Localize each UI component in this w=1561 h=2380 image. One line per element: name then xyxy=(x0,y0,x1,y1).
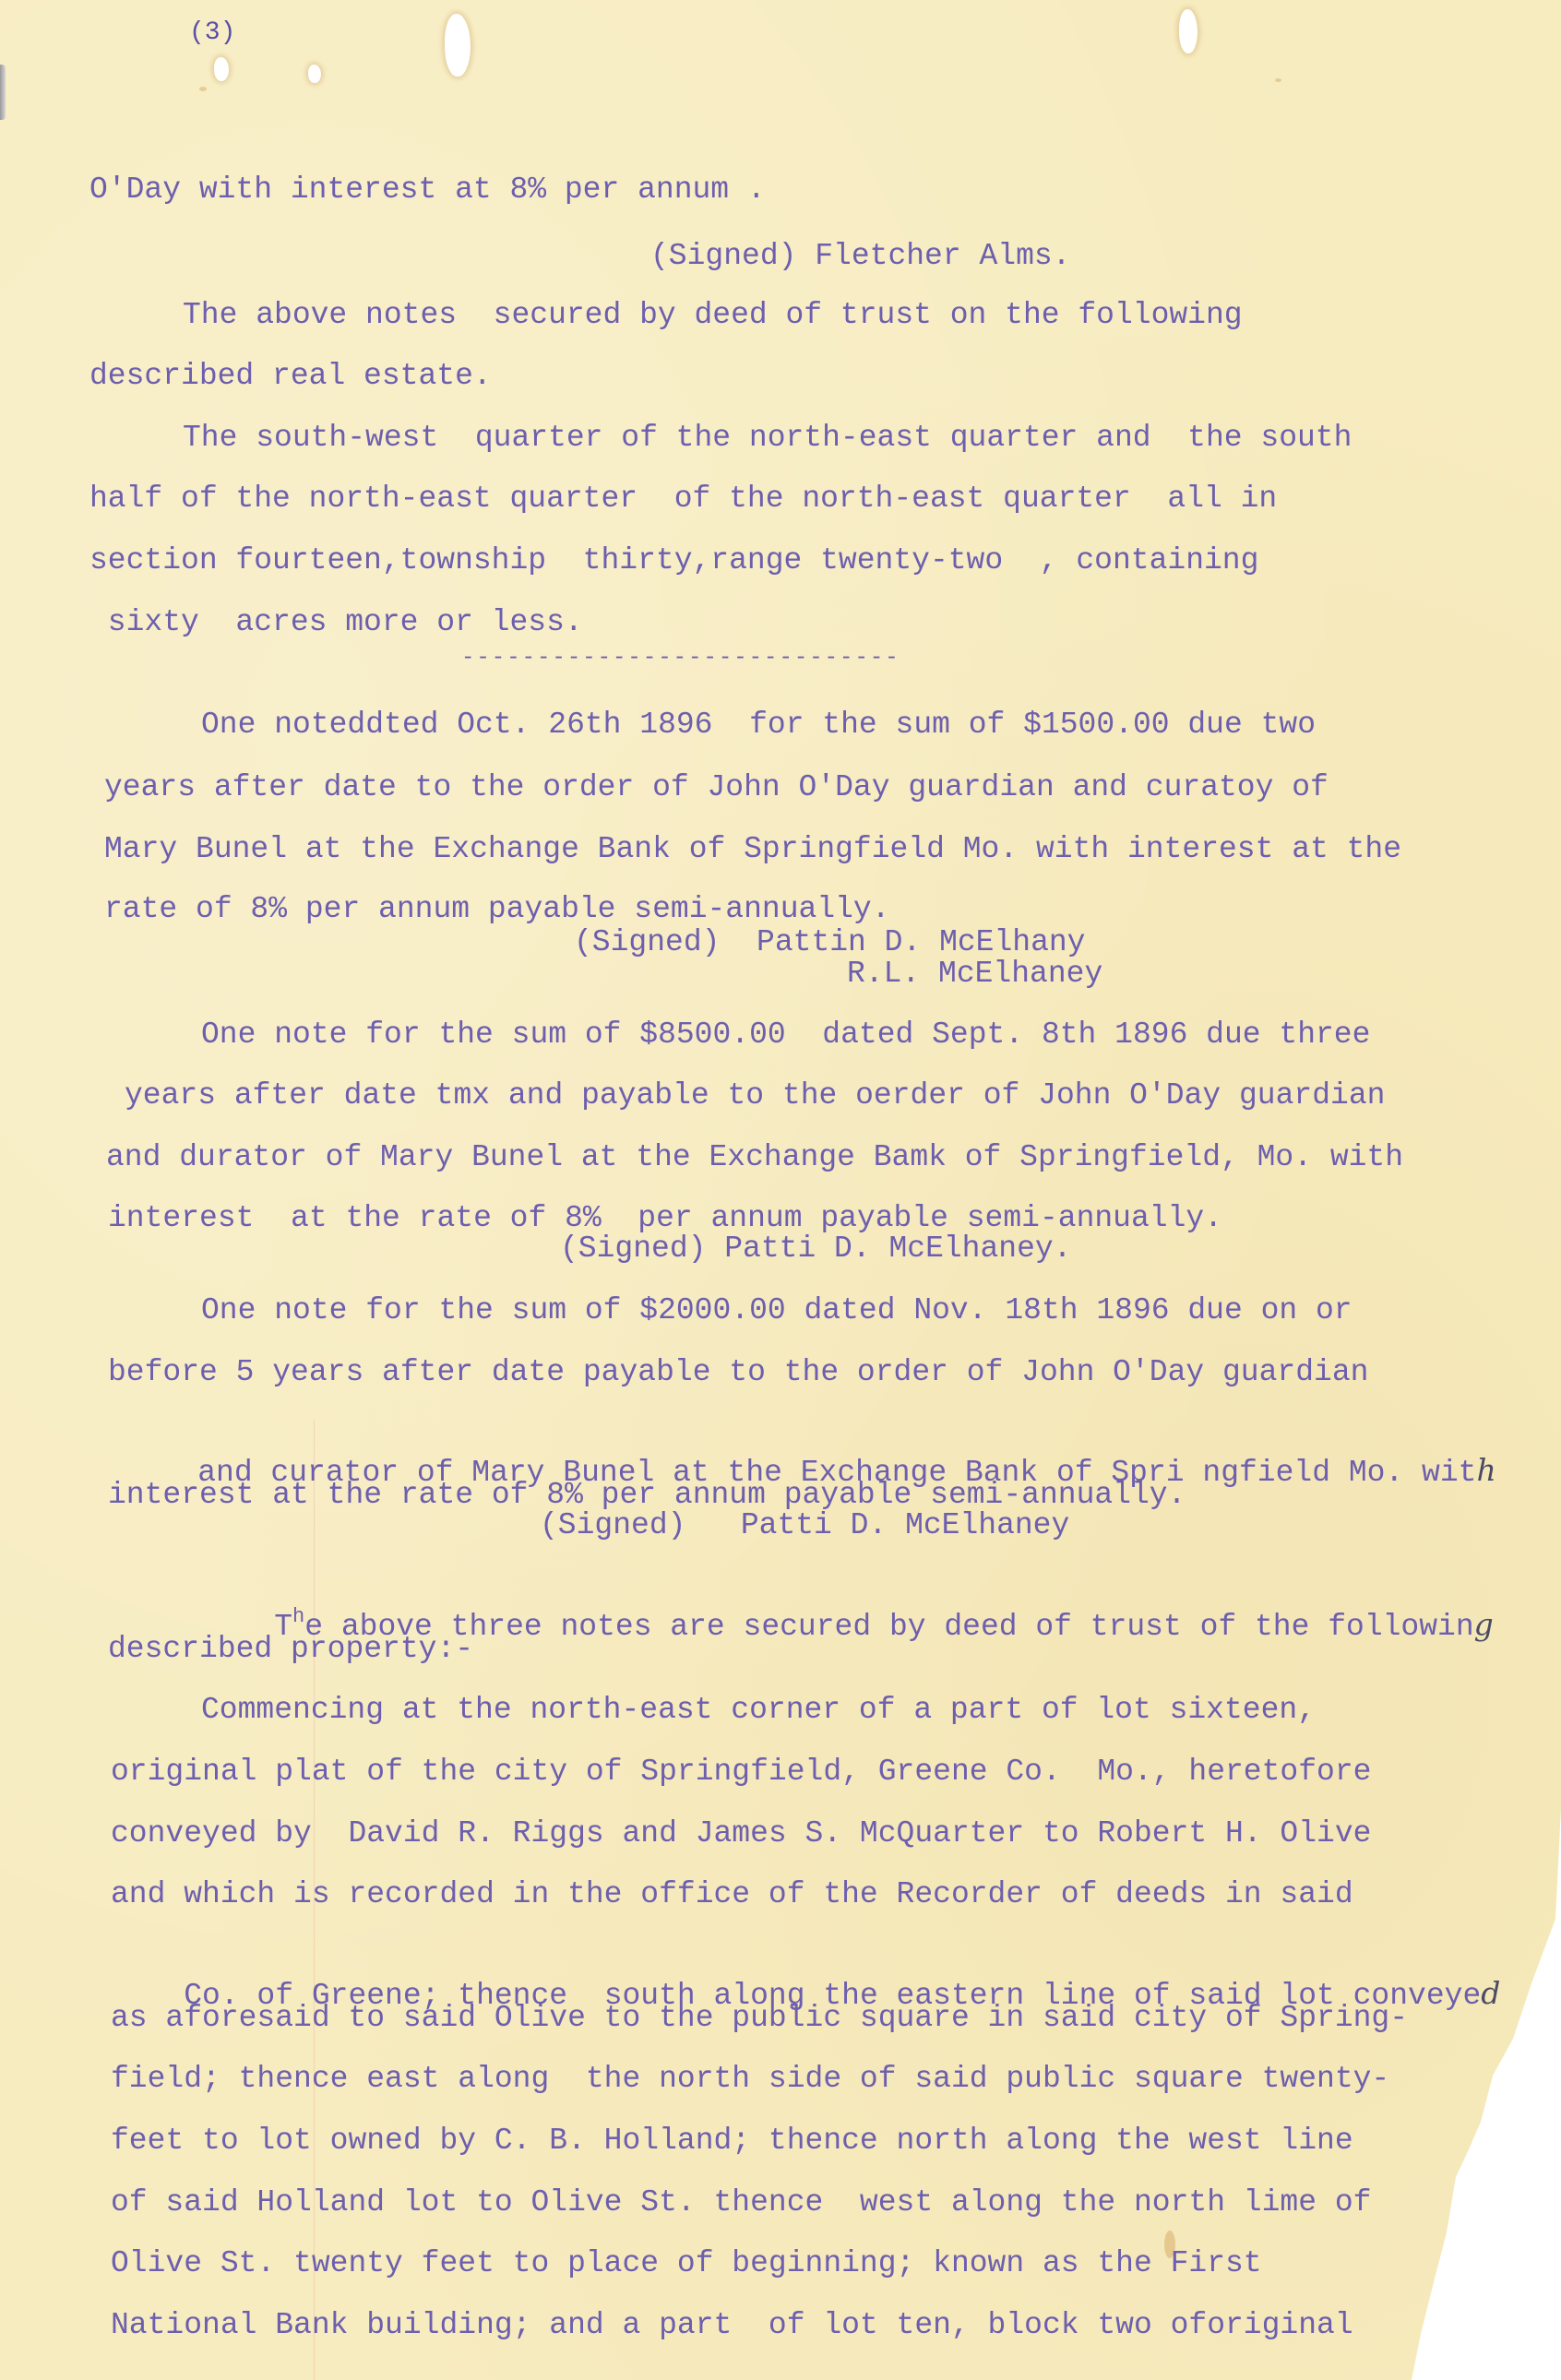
superscript-correction: h xyxy=(292,1605,304,1628)
text-line: original plat of the city of Springfield… xyxy=(111,1754,1371,1791)
paper-hole xyxy=(308,65,321,83)
text-line: feet to lot owned by C. B. Holland; then… xyxy=(111,2123,1353,2160)
text-line-with-correction: The above three notes are secured by dee… xyxy=(201,1569,1494,1685)
text-line: field; thence east along the north side … xyxy=(111,2061,1389,2098)
text-line: half of the north-east quarter of the no… xyxy=(89,481,1277,518)
text-line: years after date tmx and payable to the … xyxy=(125,1077,1385,1114)
handwritten-correction: d xyxy=(1481,1975,1500,2011)
paper-hole xyxy=(445,14,471,77)
text-line: The south-west quarter of the north-east… xyxy=(183,420,1352,457)
text-line: One noteddted Oct. 26th 1896 for the sum… xyxy=(201,707,1316,744)
text-line: Mary Bunel at the Exchange Bank of Sprin… xyxy=(104,831,1401,868)
separator-line: ----------------------------- xyxy=(461,646,900,671)
paper-stain xyxy=(1275,78,1281,82)
paper-hole xyxy=(214,57,229,81)
text-line: sixty acres more or less. xyxy=(89,604,583,641)
text-line: as aforesaid to said Olive to the public… xyxy=(111,2000,1408,2037)
text-line: and which is recorded in the office of t… xyxy=(111,1876,1353,1913)
handwritten-correction: g xyxy=(1474,1606,1494,1642)
paper-hole xyxy=(1179,9,1198,54)
document-page: (3) O'Day with interest at 8% per annum … xyxy=(0,0,1561,2380)
text-line: before 5 years after date payable to the… xyxy=(108,1354,1368,1391)
signature-line: (Signed) Fletcher Alms. xyxy=(650,238,1070,275)
text-line: One note for the sum of $8500.00 dated S… xyxy=(201,1017,1370,1053)
text-line: Olive St. twenty feet to place of beginn… xyxy=(111,2245,1262,2282)
signature-line: R.L. McElhaney xyxy=(847,956,1102,993)
text-line: section fourteen,township thirty,range t… xyxy=(89,542,1258,579)
text-line: described real estate. xyxy=(89,358,492,395)
text-line: The above notes secured by deed of trust… xyxy=(183,297,1243,334)
signature-line: (Signed) Patti D. McElhaney. xyxy=(560,1231,1072,1267)
page-number: (3) xyxy=(189,15,235,52)
text-line: One note for the sum of $2000.00 dated N… xyxy=(201,1292,1352,1329)
text-line: National Bank building; and a part of lo… xyxy=(111,2307,1353,2344)
text-line: rate of 8% per annum payable semi-annual… xyxy=(104,891,890,928)
text-line: years after date to the order of John O'… xyxy=(104,769,1329,806)
text-line: O'Day with interest at 8% per annum . xyxy=(89,172,766,208)
text-line: Commencing at the north-east corner of a… xyxy=(201,1692,1316,1729)
text-line: conveyed by David R. Riggs and James S. … xyxy=(111,1815,1371,1852)
text-line: described property:- xyxy=(108,1631,473,1668)
text-line: of said Holland lot to Olive St. thence … xyxy=(111,2184,1371,2221)
signature-line: (Signed) Patti D. McElhaney xyxy=(540,1507,1069,1544)
page-edge-shadow xyxy=(0,65,6,120)
paper-stain xyxy=(199,87,207,91)
handwritten-correction: h xyxy=(1476,1452,1495,1488)
typed-text: e above three notes are secured by deed … xyxy=(304,1610,1473,1644)
text-line: and durator of Mary Bunel at the Exchang… xyxy=(106,1139,1403,1176)
